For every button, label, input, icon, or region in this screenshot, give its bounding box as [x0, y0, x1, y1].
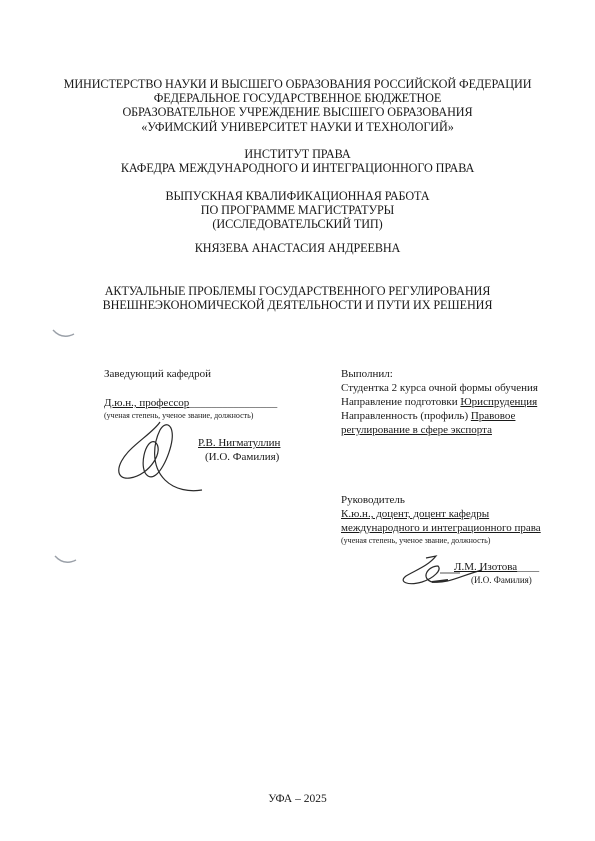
supervisor-label: Руководитель: [341, 494, 405, 507]
direction-value: Юриспруденция: [460, 396, 537, 408]
institute-block: ИНСТИТУТ ПРАВА КАФЕДРА МЕЖДУНАРОДНОГО И …: [0, 147, 595, 175]
head-name-caption: (И.О. Фамилия): [205, 451, 279, 464]
title-line: АКТУАЛЬНЫЕ ПРОБЛЕМЫ ГОСУДАРСТВЕННОГО РЕГ…: [0, 284, 595, 298]
supervisor-position-caption: (ученая степень, ученое звание, должност…: [341, 536, 490, 546]
supervisor-name-caption: (И.О. Фамилия): [471, 575, 532, 585]
header-line: ФЕДЕРАЛЬНОЕ ГОСУДАРСТВЕННОЕ БЮДЖЕТНОЕ: [0, 91, 595, 105]
thesis-title: АКТУАЛЬНЫЕ ПРОБЛЕМЫ ГОСУДАРСТВЕННОГО РЕГ…: [0, 284, 595, 312]
ministry-header: МИНИСТЕРСТВО НАУКИ И ВЫСШЕГО ОБРАЗОВАНИЯ…: [0, 77, 595, 134]
scan-mark: [50, 326, 80, 342]
work-type-block: ВЫПУСКНАЯ КВАЛИФИКАЦИОННАЯ РАБОТА ПО ПРО…: [0, 189, 595, 232]
scan-mark: [52, 552, 82, 568]
header-line: ОБРАЗОВАТЕЛЬНОЕ УЧРЕЖДЕНИЕ ВЫСШЕГО ОБРАЗ…: [0, 105, 595, 119]
footer: УФА – 2025: [0, 793, 595, 806]
direction-field: Направление подготовки Юриспруденция: [341, 396, 537, 409]
supervisor-name-field: Л.М. Изотова____: [454, 561, 539, 574]
supervisor-position: К.ю.н., доцент, доцент кафедры: [341, 508, 489, 521]
author-block: КНЯЗЕВА АНАСТАСИЯ АНДРЕЕВНА: [0, 241, 595, 255]
head-degree: Д.ю.н., профессор: [104, 397, 189, 409]
city-year: УФА – 2025: [0, 793, 595, 806]
header-line: «УФИМСКИЙ УНИВЕРСИТЕТ НАУКИ И ТЕХНОЛОГИЙ…: [0, 120, 595, 134]
profile-field: Направленность (профиль) Правовое: [341, 410, 515, 423]
signature-line: [440, 572, 460, 574]
head-degree-field: Д.ю.н., профессор________________: [104, 397, 277, 410]
direction-label: Направление подготовки: [341, 396, 458, 408]
title-line: ВНЕШНЕЭКОНОМИЧЕСКОЙ ДЕЯТЕЛЬНОСТИ И ПУТИ …: [0, 298, 595, 312]
performed-by-label: Выполнил:: [341, 368, 393, 381]
head-degree-fill: ________________: [189, 397, 277, 409]
head-of-department-label: Заведующий кафедрой: [104, 368, 211, 381]
institute-name: ИНСТИТУТ ПРАВА: [0, 147, 595, 161]
profile-label: Направленность (профиль): [341, 410, 468, 422]
supervisor-position-cont: международного и интеграционного права: [341, 522, 541, 535]
profile-value-cont: регулирование в сфере экспорта: [341, 424, 492, 437]
supervisor-name-suffix: ____: [517, 561, 539, 573]
work-type-line: ПО ПРОГРАММЕ МАГИСТРАТУРЫ: [0, 203, 595, 217]
author-name: КНЯЗЕВА АНАСТАСИЯ АНДРЕЕВНА: [0, 241, 595, 255]
work-type-line: ВЫПУСКНАЯ КВАЛИФИКАЦИОННАЯ РАБОТА: [0, 189, 595, 203]
head-name: Р.В. Нигматуллин: [198, 437, 280, 450]
department-name: КАФЕДРА МЕЖДУНАРОДНОГО И ИНТЕГРАЦИОННОГО…: [0, 161, 595, 175]
header-line: МИНИСТЕРСТВО НАУКИ И ВЫСШЕГО ОБРАЗОВАНИЯ…: [0, 77, 595, 91]
work-type-line: (ИССЛЕДОВАТЕЛЬСКИЙ ТИП): [0, 217, 595, 231]
student-info: Студентка 2 курса очной формы обучения: [341, 382, 538, 395]
profile-value: Правовое: [471, 410, 516, 422]
signature-head: [110, 420, 210, 500]
supervisor-name: Л.М. Изотова: [454, 561, 517, 573]
